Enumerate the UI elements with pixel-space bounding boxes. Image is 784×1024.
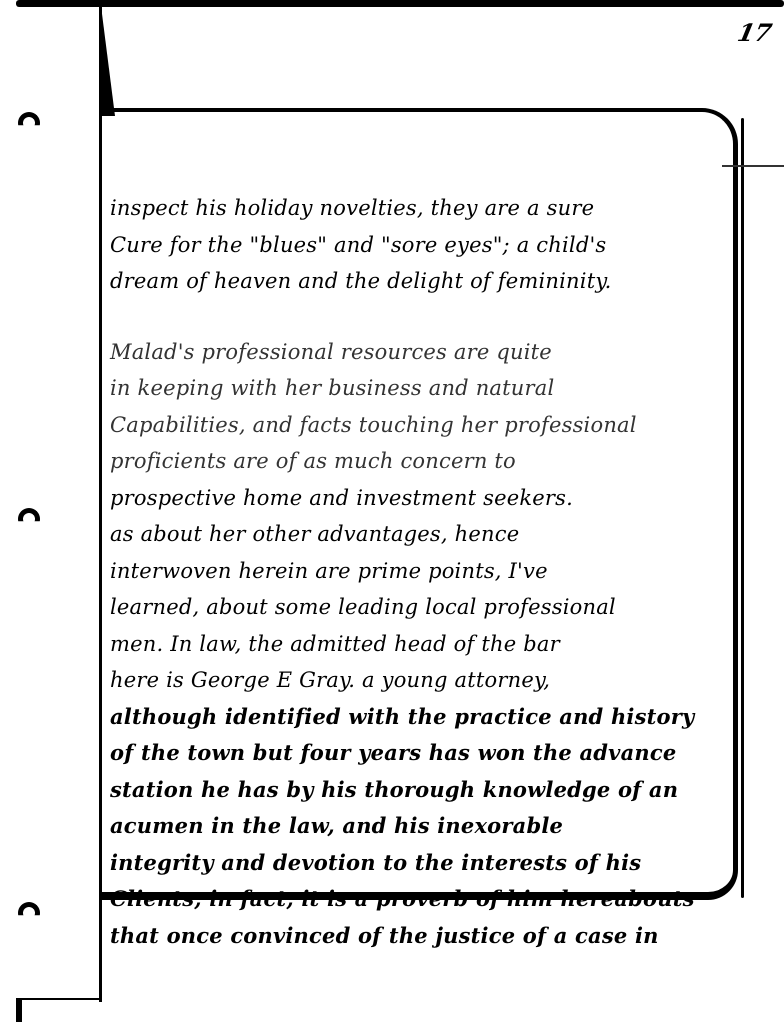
- punch-hole-icon: [18, 508, 40, 530]
- punch-hole-icon: [18, 112, 40, 134]
- text-line: interwoven herein are prime points, I've: [110, 553, 730, 590]
- top-border-rule: [16, 0, 784, 7]
- page-number: 17: [735, 18, 775, 47]
- handwritten-text: inspect his holiday novelties, they are …: [110, 190, 730, 954]
- text-line: dream of heaven and the delight of femin…: [110, 263, 730, 300]
- binder-strip-foot: [16, 998, 102, 1000]
- text-line: Cure for the "blues" and "sore eyes"; a …: [110, 227, 730, 264]
- text-line: station he has by his thorough knowledge…: [110, 772, 730, 809]
- text-line: Capabilities, and facts touching her pro…: [110, 407, 730, 444]
- text-line: integrity and devotion to the interests …: [110, 845, 730, 882]
- binder-wedge-shadow: [101, 6, 115, 116]
- paragraph-2: Malad's professional resources are quite…: [110, 334, 730, 955]
- punch-hole-icon: [18, 902, 40, 924]
- text-line: learned, about some leading local profes…: [110, 589, 730, 626]
- text-line: Clients, in fact, it is a proverb of him…: [110, 881, 730, 918]
- binder-notch: [16, 1000, 22, 1022]
- text-line: as about her other advantages, hence: [110, 516, 730, 553]
- text-line: that once convinced of the justice of a …: [110, 918, 730, 955]
- text-line: Malad's professional resources are quite: [110, 334, 730, 371]
- text-line: of the town but four years has won the a…: [110, 735, 730, 772]
- card-edge-shadow: [741, 118, 744, 898]
- text-line: acumen in the law, and his inexorable: [110, 808, 730, 845]
- text-line: here is George E Gray. a young attorney,: [110, 662, 730, 699]
- text-line: men. In law, the admitted head of the ba…: [110, 626, 730, 663]
- card-edge-mark: [722, 165, 784, 167]
- text-line: although identified with the practice an…: [110, 699, 730, 736]
- text-line: prospective home and investment seekers.: [110, 480, 730, 517]
- text-line: inspect his holiday novelties, they are …: [110, 190, 730, 227]
- paragraph-1: inspect his holiday novelties, they are …: [110, 190, 730, 300]
- text-line: proficients are of as much concern to: [110, 443, 730, 480]
- text-line: in keeping with her business and natural: [110, 370, 730, 407]
